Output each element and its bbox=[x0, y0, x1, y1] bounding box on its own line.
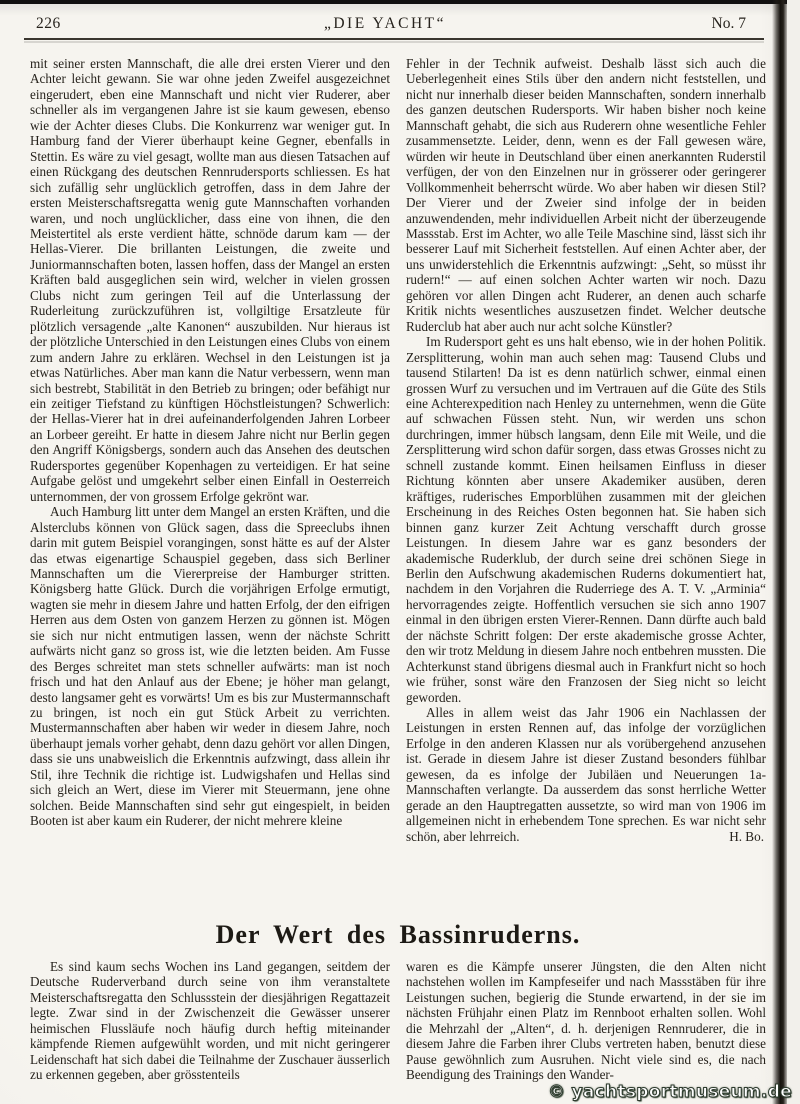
paragraph: mit seiner ersten Mannschaft, die alle d… bbox=[30, 56, 390, 504]
journal-title: „DIE YACHT“ bbox=[0, 15, 770, 33]
article-bassinrudern: Es sind kaum sechs Wochen ins Land gegan… bbox=[30, 959, 766, 1083]
scan-right-margin bbox=[787, 0, 800, 1104]
paragraph: Im Rudersport geht es uns halt ebenso, w… bbox=[406, 334, 766, 705]
scan-edge-right bbox=[772, 0, 787, 1104]
paragraph: Es sind kaum sechs Wochen ins Land gegan… bbox=[30, 959, 390, 1083]
page-content: mit seiner ersten Mannschaft, die alle d… bbox=[30, 56, 766, 1083]
article-heading: Der Wert des Bassinruderns. bbox=[30, 920, 766, 950]
paragraph-text: Alles in allem weist das Jahr 1906 ein N… bbox=[406, 705, 766, 844]
paragraph: Alles in allem weist das Jahr 1906 ein N… bbox=[406, 705, 766, 844]
scan-edge-top bbox=[0, 0, 800, 4]
paragraph: waren es die Kämpfe unserer Jüngsten, di… bbox=[406, 959, 766, 1083]
left-column: mit seiner ersten Mannschaft, die alle d… bbox=[30, 56, 390, 914]
paragraph: Auch Hamburg litt unter dem Mangel an er… bbox=[30, 504, 390, 829]
left-column: Es sind kaum sechs Wochen ins Land gegan… bbox=[30, 959, 390, 1083]
header-rule bbox=[24, 38, 764, 40]
author-signature: H. Bo. bbox=[709, 829, 764, 844]
right-column: Fehler in der Technik aufweist. Deshalb … bbox=[406, 56, 766, 914]
issue-number: No. 7 bbox=[712, 15, 746, 33]
watermark: © yachtsportmuseum.de bbox=[548, 1082, 792, 1102]
paragraph: Fehler in der Technik aufweist. Deshalb … bbox=[406, 56, 766, 334]
magazine-page: 226 „DIE YACHT“ No. 7 mit seiner ersten … bbox=[0, 0, 800, 1104]
article-season-review: mit seiner ersten Mannschaft, die alle d… bbox=[30, 56, 766, 914]
right-column: waren es die Kämpfe unserer Jüngsten, di… bbox=[406, 959, 766, 1083]
